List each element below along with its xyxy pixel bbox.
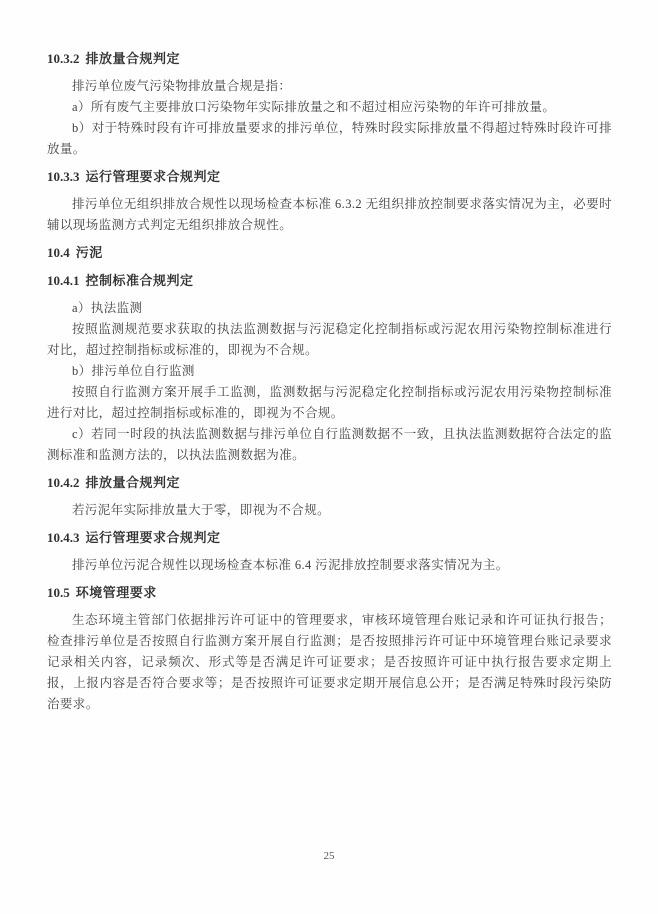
section-heading: 10.4污泥 — [47, 242, 612, 263]
page-number: 25 — [0, 850, 658, 862]
section-title: 运行管理要求合规判定 — [86, 530, 221, 545]
document-content: 10.3.2排放量合规判定排污单位废气污染物排放量合规是指：a）所有废气主要排放… — [47, 42, 612, 715]
body-paragraph: 若污泥年实际排放量大于零，即视为不合规。 — [47, 500, 612, 521]
body-paragraph: a）所有废气主要排放口污染物年实际排放量之和不超过相应污染物的年许可排放量。 — [47, 97, 612, 118]
body-paragraph: 排污单位污泥合规性以现场检查本标准 6.4 污泥排放控制要求落实情况为主。 — [47, 555, 612, 576]
section-number: 10.5 — [47, 585, 70, 600]
section-heading: 10.4.2排放量合规判定 — [47, 472, 612, 493]
section-heading: 10.4.3运行管理要求合规判定 — [47, 527, 612, 548]
body-paragraph: 排污单位废气污染物排放量合规是指： — [47, 76, 612, 97]
section-title: 运行管理要求合规判定 — [86, 169, 221, 184]
section-title: 排放量合规判定 — [86, 475, 181, 490]
body-paragraph: 按照自行监测方案开展手工监测，监测数据与污泥稳定化控制指标或污泥农用污染物控制标… — [47, 382, 612, 424]
section-heading: 10.5环境管理要求 — [47, 582, 612, 603]
section-number: 10.4.2 — [47, 475, 80, 490]
section-title: 排放量合规判定 — [86, 51, 181, 66]
body-paragraph: c）若同一时段的执法监测数据与排污单位自行监测数据不一致，且执法监测数据符合法定… — [47, 424, 612, 466]
body-paragraph: 排污单位无组织排放合规性以现场检查本标准 6.3.2 无组织排放控制要求落实情况… — [47, 194, 612, 236]
section-heading: 10.3.3运行管理要求合规判定 — [47, 166, 612, 187]
body-paragraph: 按照监测规范要求获取的执法监测数据与污泥稳定化控制指标或污泥农用污染物控制标准进… — [47, 319, 612, 361]
section-number: 10.3.3 — [47, 169, 80, 184]
body-paragraph: a）执法监测 — [47, 298, 612, 319]
section-title: 污泥 — [76, 245, 103, 260]
section-heading: 10.4.1控制标准合规判定 — [47, 270, 612, 291]
section-title: 环境管理要求 — [76, 585, 157, 600]
section-heading: 10.3.2排放量合规判定 — [47, 48, 612, 69]
body-paragraph: b）对于特殊时段有许可排放量要求的排污单位，特殊时段实际排放量不得超过特殊时段许… — [47, 118, 612, 160]
document-page: 10.3.2排放量合规判定排污单位废气污染物排放量合规是指：a）所有废气主要排放… — [0, 0, 658, 914]
section-number: 10.4 — [47, 245, 70, 260]
section-number: 10.3.2 — [47, 51, 80, 66]
section-number: 10.4.3 — [47, 530, 80, 545]
section-number: 10.4.1 — [47, 273, 80, 288]
section-title: 控制标准合规判定 — [86, 273, 194, 288]
body-paragraph: 生态环境主管部门依据排污许可证中的管理要求，审核环境管理台账记录和许可证执行报告… — [47, 610, 612, 715]
body-paragraph: b）排污单位自行监测 — [47, 361, 612, 382]
